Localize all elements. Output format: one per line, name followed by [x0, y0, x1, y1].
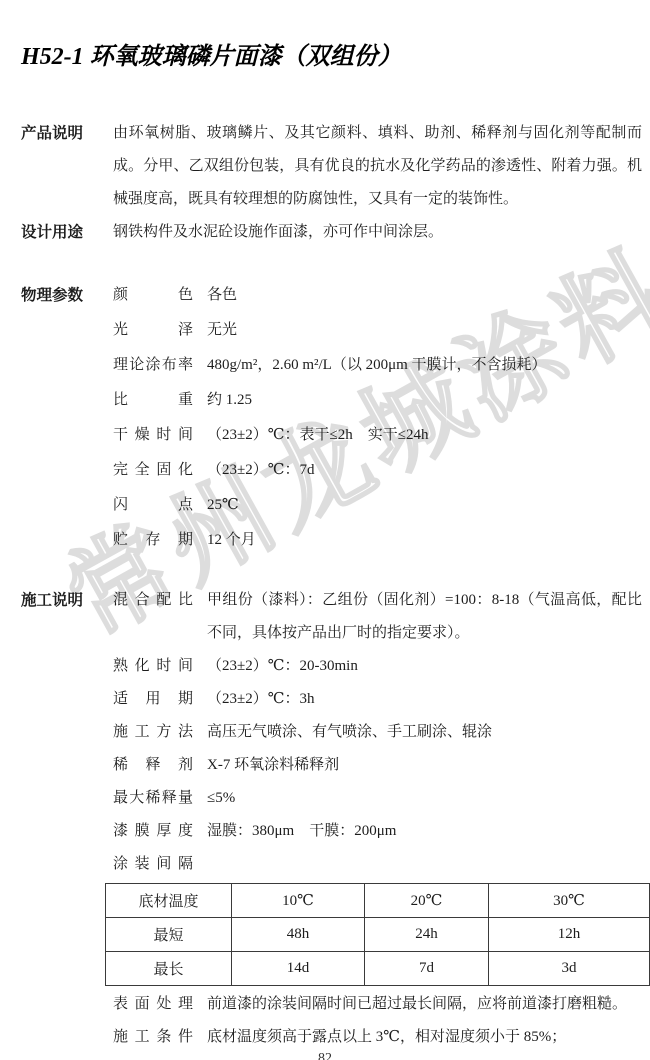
- physical-parameters-section: 物理参数 颜色 各色 光泽 无光 理论涂布率 480g/m²，2.60 m²/L…: [21, 278, 642, 558]
- table-header-cell: 20℃: [365, 884, 489, 918]
- product-description-text: 由环氧树脂、玻璃鳞片、及其它颜料、填料、助剂、稀释剂与固化剂等配制而成。分甲、乙…: [113, 117, 642, 216]
- instruction-name: 混合配比: [113, 584, 207, 650]
- instruction-name: 最大稀释量: [113, 782, 207, 815]
- parameter-value: （23±2）℃：7d: [207, 453, 642, 488]
- table-cell: 12h: [489, 918, 650, 952]
- parameter-name: 贮存期: [113, 523, 207, 558]
- instruction-name: 稀释剂: [113, 749, 207, 782]
- product-description-row: 产品说明 由环氧树脂、玻璃鳞片、及其它颜料、填料、助剂、稀释剂与固化剂等配制而成…: [21, 117, 642, 216]
- application-conditions-row: 施工条件 底材温度须高于露点以上 3℃，相对湿度须小于 85%；: [21, 1021, 642, 1054]
- design-use-text: 钢铁构件及水泥砼设施作面漆，亦可作中间涂层。: [113, 216, 642, 249]
- instruction-value: ≤5%: [207, 782, 642, 815]
- parameter-row: 完全固化 （23±2）℃：7d: [21, 453, 642, 488]
- table-row: 最短 48h 24h 12h: [106, 918, 650, 952]
- instruction-row: 漆膜厚度 湿膜：380μm 干膜：200μm: [21, 815, 642, 848]
- parameter-row: 光泽 无光: [21, 313, 642, 348]
- table-cell: 14d: [232, 952, 365, 986]
- parameter-value: 各色: [207, 278, 642, 313]
- instruction-value: 高压无气喷涂、有气喷涂、手工刷涂、辊涂: [207, 716, 642, 749]
- surface-treatment-label: 表面处理: [113, 988, 207, 1021]
- table-header-cell: 10℃: [232, 884, 365, 918]
- instruction-value: 甲组份（漆料）：乙组份（固化剂）=100：8-18（气温高低，配比不同，具体按产…: [207, 584, 642, 650]
- table-cell: 48h: [232, 918, 365, 952]
- parameter-name: 干燥时间: [113, 418, 207, 453]
- parameter-name: 颜色: [113, 278, 207, 313]
- parameter-value: （23±2）℃：表干≤2h 实干≤24h: [207, 418, 642, 453]
- section-label-application: 施工说明: [21, 584, 113, 650]
- table-cell: 最长: [106, 952, 232, 986]
- instruction-row: 施工方法 高压无气喷涂、有气喷涂、手工刷涂、辊涂: [21, 716, 642, 749]
- document-page: 常州龙城涂料 H52-1 环氧玻璃磷片面漆（双组份） 产品说明 由环氧树脂、玻璃…: [0, 0, 650, 1060]
- instruction-name: 漆膜厚度: [113, 815, 207, 848]
- design-use-row: 设计用途 钢铁构件及水泥砼设施作面漆，亦可作中间涂层。: [21, 216, 642, 249]
- instruction-name: 适用期: [113, 683, 207, 716]
- parameter-name: 完全固化: [113, 453, 207, 488]
- parameter-row: 闪点 25℃: [21, 488, 642, 523]
- table-header-cell: 底材温度: [106, 884, 232, 918]
- surface-treatment-value: 前道漆的涂装间隔时间已超过最长间隔，应将前道漆打磨粗糙。: [207, 988, 642, 1021]
- table-cell: 最短: [106, 918, 232, 952]
- coating-interval-table: 底材温度 10℃ 20℃ 30℃ 最短 48h 24h 12h 最长 14d: [105, 883, 650, 986]
- product-description-section: 产品说明 由环氧树脂、玻璃鳞片、及其它颜料、填料、助剂、稀释剂与固化剂等配制而成…: [21, 117, 642, 249]
- table-header-cell: 30℃: [489, 884, 650, 918]
- instruction-value: （23±2）℃：3h: [207, 683, 642, 716]
- parameter-row: 比重 约 1.25: [21, 383, 642, 418]
- application-conditions-label: 施工条件: [113, 1021, 207, 1054]
- coating-interval-label-row: 涂装间隔: [21, 848, 642, 881]
- surface-treatment-row: 表面处理 前道漆的涂装间隔时间已超过最长间隔，应将前道漆打磨粗糙。: [21, 988, 642, 1021]
- document-content: H52-1 环氧玻璃磷片面漆（双组份） 产品说明 由环氧树脂、玻璃鳞片、及其它颜…: [0, 0, 642, 1054]
- instruction-value: 湿膜：380μm 干膜：200μm: [207, 815, 642, 848]
- parameter-value: 约 1.25: [207, 383, 642, 418]
- instruction-value: （23±2）℃：20-30min: [207, 650, 642, 683]
- parameter-name: 比重: [113, 383, 207, 418]
- parameter-row: 物理参数 颜色 各色: [21, 278, 642, 313]
- instruction-name: 熟化时间: [113, 650, 207, 683]
- parameter-row: 干燥时间 （23±2）℃：表干≤2h 实干≤24h: [21, 418, 642, 453]
- post-table-rows: 表面处理 前道漆的涂装间隔时间已超过最长间隔，应将前道漆打磨粗糙。 施工条件 底…: [21, 988, 642, 1054]
- parameter-value: 25℃: [207, 488, 642, 523]
- parameter-value: 480g/m²，2.60 m²/L（以 200μm 干膜计，不含损耗）: [207, 348, 642, 383]
- parameter-name: 光泽: [113, 313, 207, 348]
- parameter-name: 闪点: [113, 488, 207, 523]
- instruction-row: 适用期 （23±2）℃：3h: [21, 683, 642, 716]
- instruction-name: 施工方法: [113, 716, 207, 749]
- parameter-value: 无光: [207, 313, 642, 348]
- table-row: 最长 14d 7d 3d: [106, 952, 650, 986]
- table-cell: 24h: [365, 918, 489, 952]
- instruction-row: 施工说明 混合配比 甲组份（漆料）：乙组份（固化剂）=100：8-18（气温高低…: [21, 584, 642, 650]
- coating-interval-label: 涂装间隔: [113, 848, 207, 881]
- section-label-product: 产品说明: [21, 117, 113, 216]
- application-conditions-value: 底材温度须高于露点以上 3℃，相对湿度须小于 85%；: [207, 1021, 642, 1054]
- table-cell: 3d: [489, 952, 650, 986]
- instruction-row: 最大稀释量 ≤5%: [21, 782, 642, 815]
- section-label-design: 设计用途: [21, 216, 113, 249]
- parameter-name: 理论涂布率: [113, 348, 207, 383]
- parameter-row: 贮存期 12 个月: [21, 523, 642, 558]
- page-title: H52-1 环氧玻璃磷片面漆（双组份）: [21, 38, 642, 76]
- instruction-row: 熟化时间 （23±2）℃：20-30min: [21, 650, 642, 683]
- parameter-value: 12 个月: [207, 523, 642, 558]
- page-number: 82: [0, 1051, 650, 1060]
- table-header-row: 底材温度 10℃ 20℃ 30℃: [106, 884, 650, 918]
- instruction-value: X-7 环氧涂料稀释剂: [207, 749, 642, 782]
- section-label-physical: 物理参数: [21, 278, 113, 313]
- application-instructions-section: 施工说明 混合配比 甲组份（漆料）：乙组份（固化剂）=100：8-18（气温高低…: [21, 584, 642, 1054]
- table-cell: 7d: [365, 952, 489, 986]
- instruction-row: 稀释剂 X-7 环氧涂料稀释剂: [21, 749, 642, 782]
- parameter-row: 理论涂布率 480g/m²，2.60 m²/L（以 200μm 干膜计，不含损耗…: [21, 348, 642, 383]
